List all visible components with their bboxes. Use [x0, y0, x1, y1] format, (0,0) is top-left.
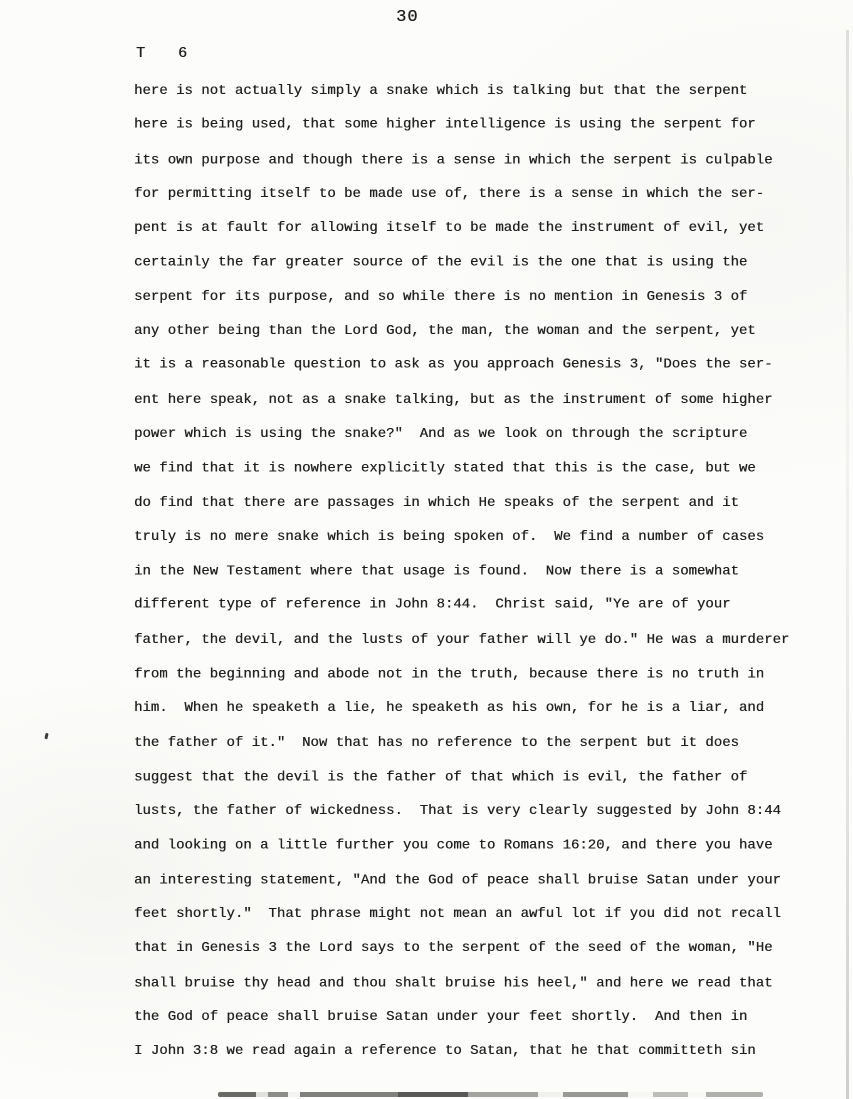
- header-label-right: 6: [178, 45, 187, 62]
- text-line: that in Genesis 3 the Lord says to the s…: [134, 931, 824, 965]
- header-label-left: T: [136, 45, 145, 62]
- typescript-body: here is not actually simply a snake whic…: [134, 74, 824, 1069]
- page-header: T 6: [136, 45, 145, 62]
- text-line: serpent for its purpose, and so while th…: [134, 280, 824, 314]
- text-line: shall bruise thy head and thou shalt bru…: [134, 966, 824, 1000]
- text-line: any other being than the Lord God, the m…: [134, 314, 824, 348]
- page-edge-shadow: [846, 30, 849, 1099]
- text-line: the God of peace shall bruise Satan unde…: [134, 1000, 824, 1034]
- text-line: the father of it." Now that has no refer…: [134, 726, 824, 760]
- text-line: from the beginning and abode not in the …: [134, 658, 824, 692]
- text-line: suggest that the devil is the father of …: [134, 761, 824, 795]
- text-line: in the New Testament where that usage is…: [134, 555, 824, 589]
- cutoff-text-artifact: [218, 1092, 763, 1097]
- text-line: ent here speak, not as a snake talking, …: [134, 383, 824, 417]
- page-number: 30: [396, 8, 418, 27]
- text-line: lusts, the father of wickedness. That is…: [134, 794, 824, 828]
- text-line: its own purpose and though there is a se…: [134, 143, 824, 177]
- typescript-page: 30 T 6 here is not actually simply a sna…: [0, 0, 853, 1099]
- text-line: him. When he speaketh a lie, he speaketh…: [134, 691, 824, 725]
- text-line: I John 3:8 we read again a reference to …: [134, 1034, 824, 1068]
- text-line: here is not actually simply a snake whic…: [134, 74, 824, 108]
- text-line: an interesting statement, "And the God o…: [134, 863, 824, 897]
- text-line: feet shortly." That phrase might not mea…: [134, 897, 824, 931]
- text-line: do find that there are passages in which…: [134, 486, 824, 520]
- text-line: we find that it is nowhere explicitly st…: [134, 452, 824, 486]
- text-line: it is a reasonable question to ask as yo…: [134, 348, 824, 382]
- text-line: certainly the far greater source of the …: [134, 246, 824, 280]
- ink-speck: [44, 733, 48, 740]
- text-line: father, the devil, and the lusts of your…: [134, 623, 824, 657]
- text-line: pent is at fault for allowing itself to …: [134, 211, 824, 245]
- text-line: for permitting itself to be made use of,…: [134, 177, 824, 211]
- text-line: here is being used, that some higher int…: [134, 108, 824, 142]
- text-line: different type of reference in John 8:44…: [134, 588, 824, 622]
- text-line: truly is no mere snake which is being sp…: [134, 520, 824, 554]
- text-line: and looking on a little further you come…: [134, 828, 824, 862]
- text-line: power which is using the snake?" And as …: [134, 417, 824, 451]
